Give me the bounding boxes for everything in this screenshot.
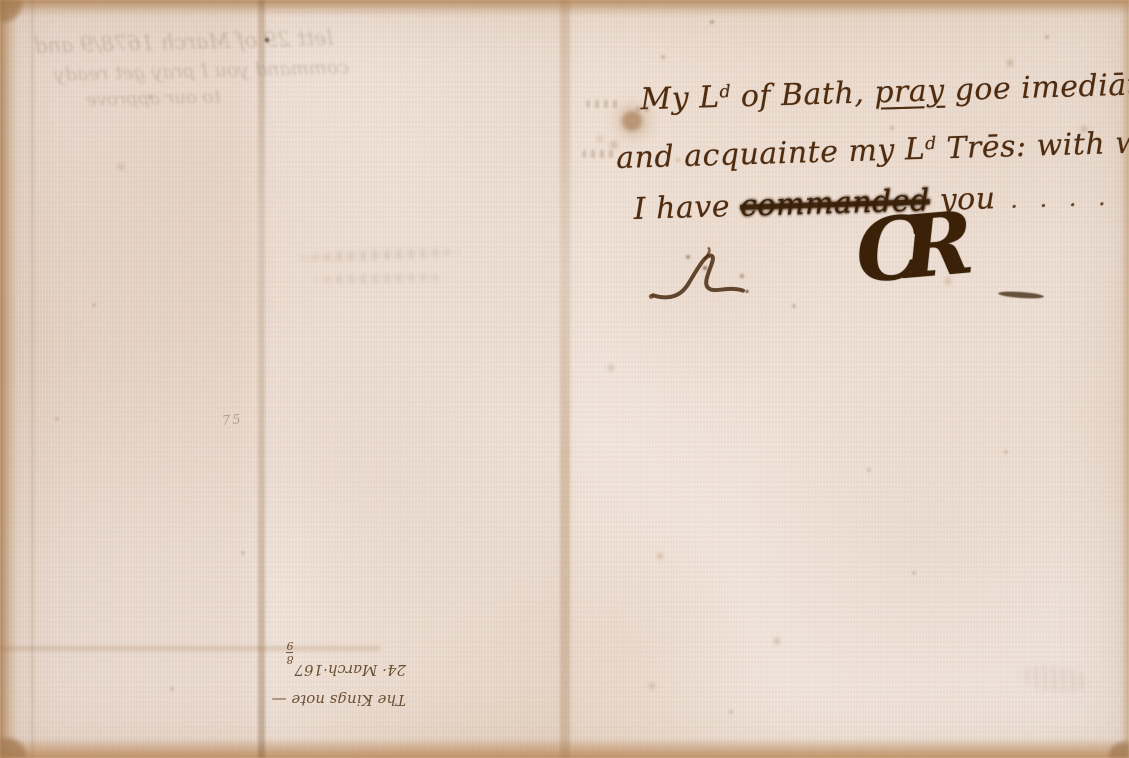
ink-flourish	[644, 232, 788, 311]
year-fraction: 89	[286, 640, 293, 665]
endorsement-date-line: 24· March·16789	[266, 640, 406, 685]
paper-stain	[118, 164, 124, 170]
paper-stain	[597, 136, 603, 142]
paper-stain	[1045, 35, 1049, 39]
paper-stain	[55, 417, 59, 421]
paper-stain	[774, 638, 780, 644]
endorsement-block: The Kings note — 24· March·16789	[266, 640, 406, 715]
paper-stain	[649, 683, 655, 689]
paper-stain	[608, 365, 614, 371]
paper-stain	[867, 468, 871, 472]
paper-stain	[1004, 450, 1008, 454]
paper-stain	[792, 304, 796, 308]
offset-ink-smudge	[582, 150, 614, 158]
paper-stain	[729, 710, 733, 714]
paper-stain	[657, 553, 663, 559]
paper-stain	[710, 20, 714, 24]
signature-monogram: CR	[852, 202, 954, 296]
letter-scan: lett 29 of March 1678/9 andcommand you I…	[0, 0, 1129, 758]
pencil-folio-number: 75	[221, 412, 243, 429]
showthrough-line: to our approve	[86, 86, 221, 111]
paper-stain	[661, 55, 665, 59]
paper-stain	[92, 303, 96, 307]
endorsement-note-line: The Kings note —	[266, 685, 406, 715]
paper-stain	[241, 551, 245, 555]
paper-stain	[912, 571, 916, 575]
paper-stain	[170, 687, 174, 691]
